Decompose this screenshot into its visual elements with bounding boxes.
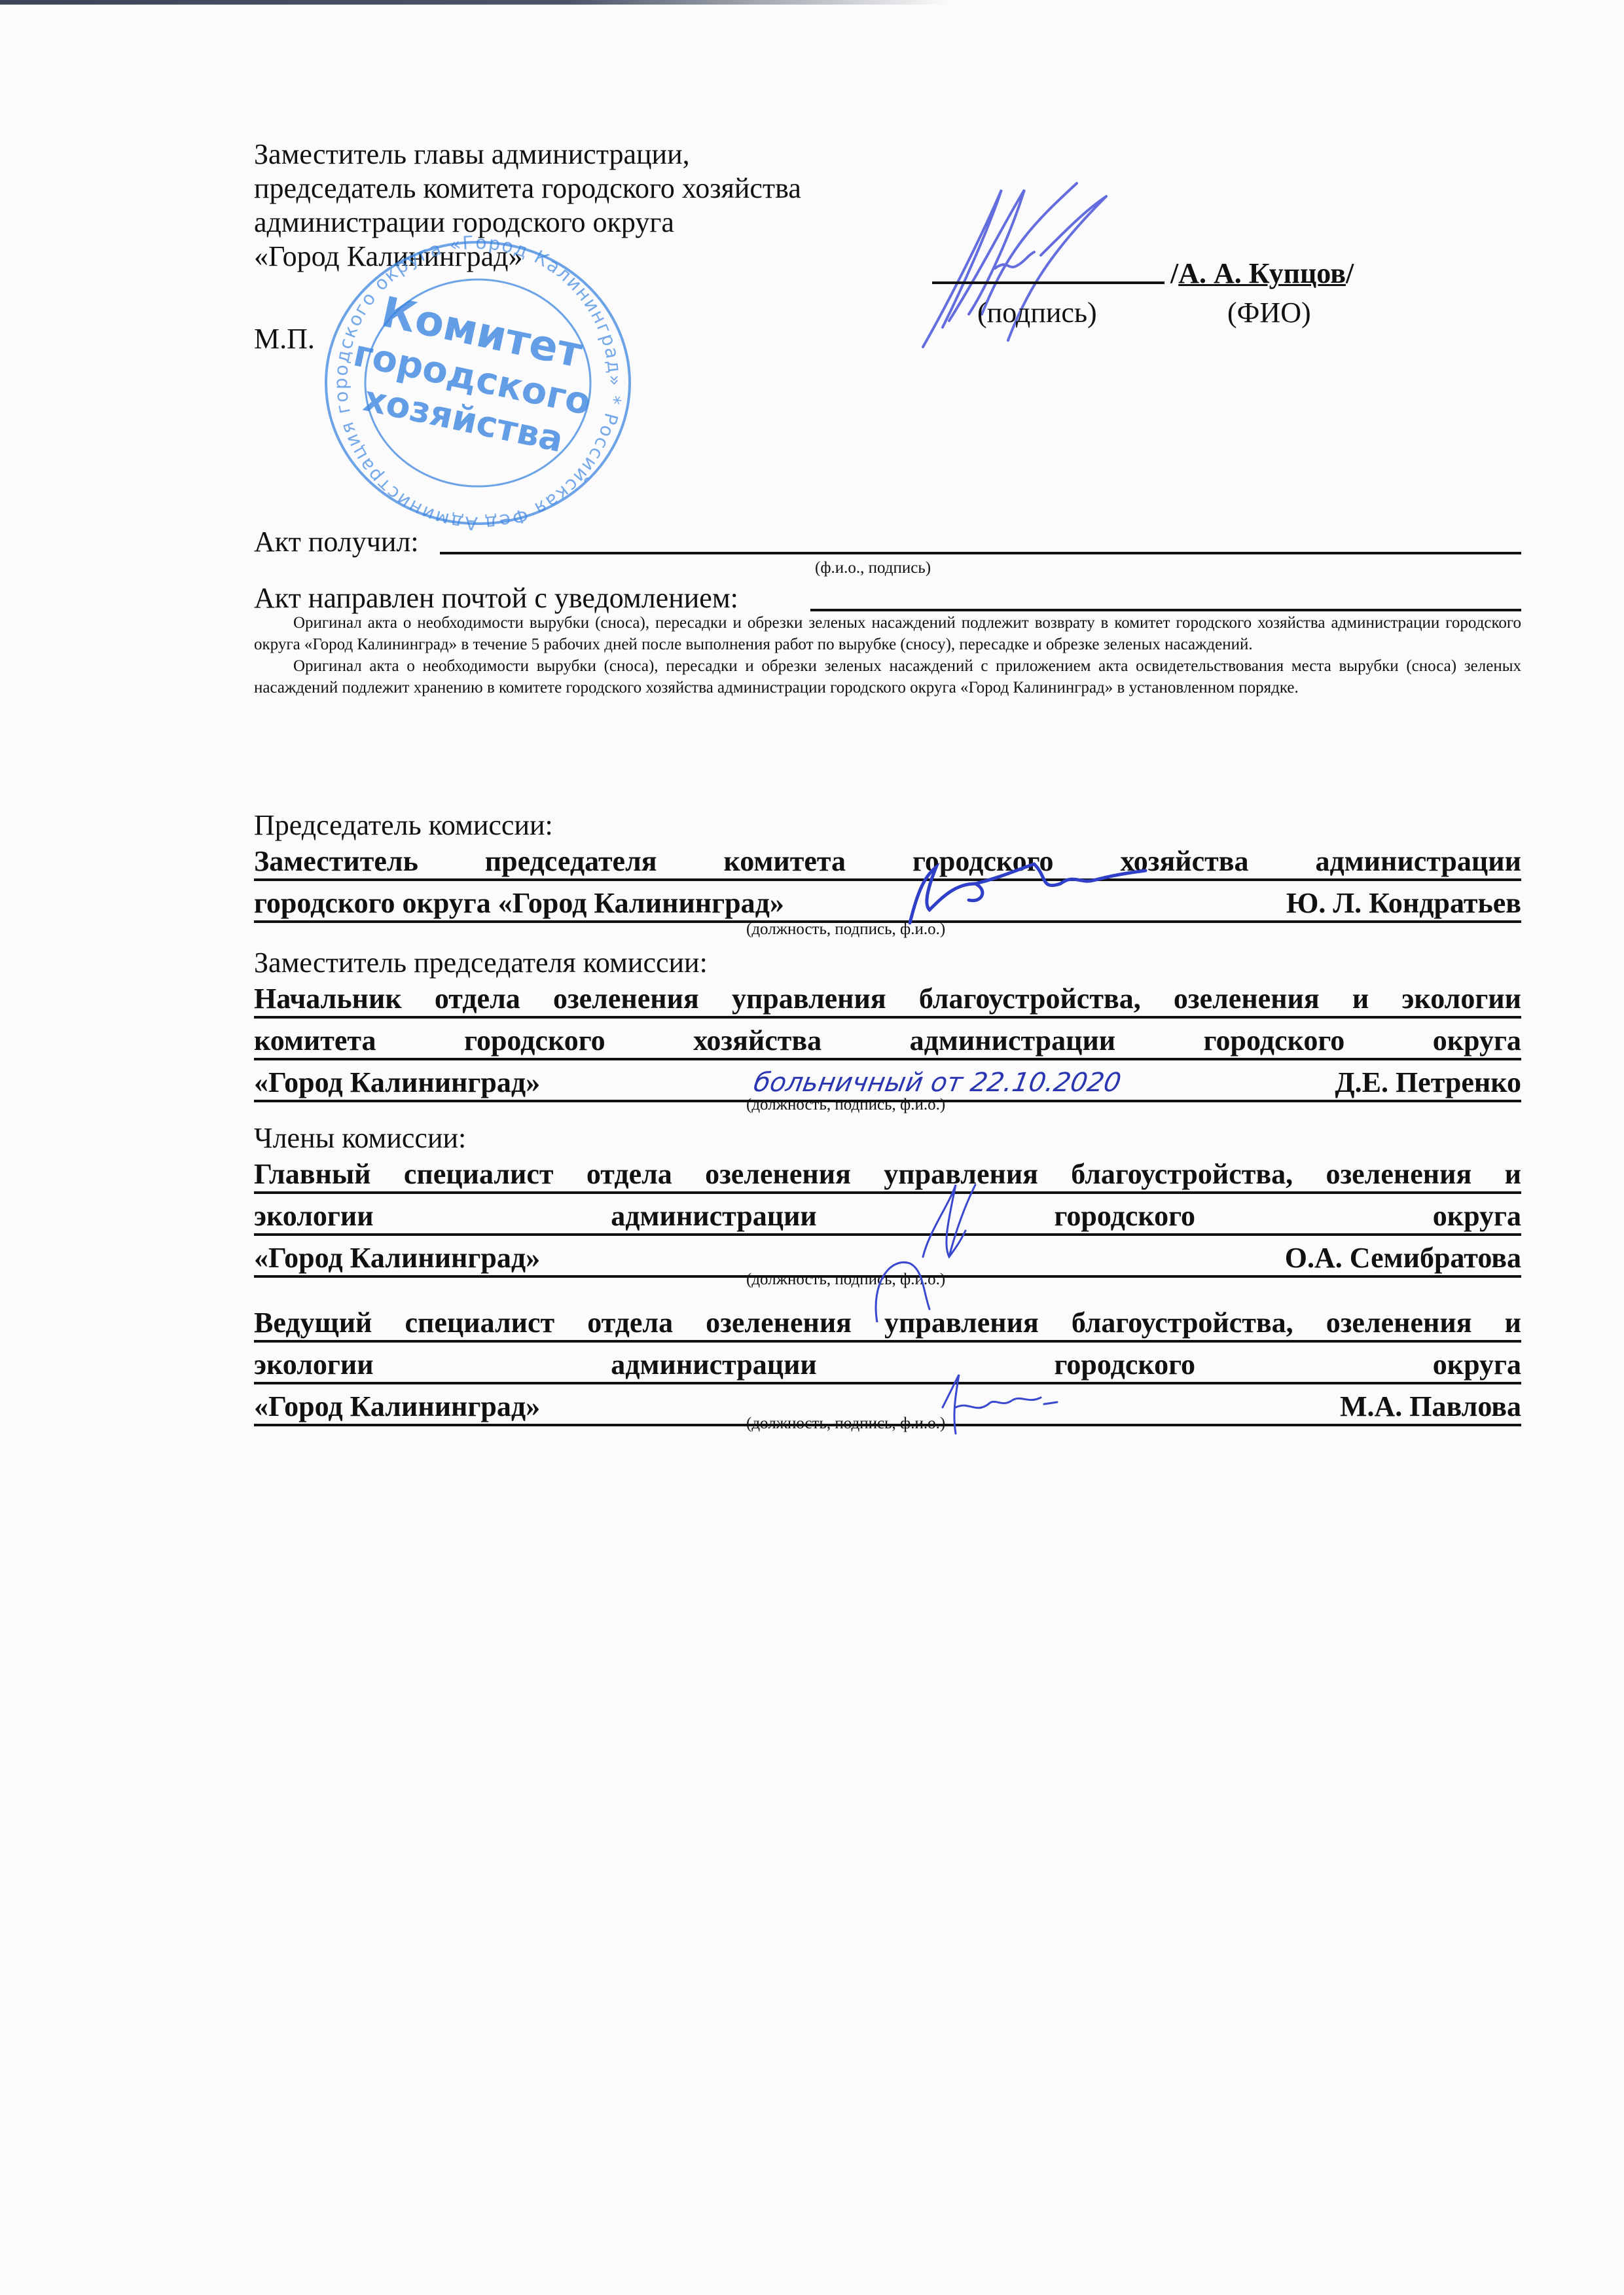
position-text: городского округа «Город Калининград» bbox=[254, 886, 784, 920]
position-line: экологииадминистрациигородскогоокруга bbox=[254, 1348, 1521, 1384]
mailed-field[interactable] bbox=[810, 609, 1521, 611]
member-block: Главныйспециалистотделаозелененияуправле… bbox=[254, 1157, 1521, 1283]
position-word: и bbox=[1352, 982, 1369, 1016]
position-word: комитета bbox=[254, 1024, 376, 1058]
note-paragraph: Оригинал акта о необходимости вырубки (с… bbox=[254, 655, 1521, 698]
position-line: экологииадминистрациигородскогоокруга bbox=[254, 1199, 1521, 1236]
note-paragraph: Оригинал акта о необходимости вырубки (с… bbox=[254, 612, 1521, 655]
chair-section-title: Председатель комиссии: bbox=[254, 808, 553, 842]
position-word: управления bbox=[732, 982, 886, 1016]
position-text: «Город Калининград» bbox=[254, 1390, 540, 1424]
position-word: озеленения bbox=[705, 1157, 851, 1191]
person-name: Д.Е. Петренко bbox=[1335, 1066, 1521, 1100]
position-word: председателя bbox=[485, 844, 657, 878]
position-word: экологии bbox=[1401, 982, 1521, 1016]
position-word: специалист bbox=[404, 1157, 554, 1191]
position-line: комитетагородскогохозяйстваадминистрации… bbox=[254, 1024, 1521, 1060]
position-word: экологии bbox=[254, 1199, 374, 1233]
position-word: специалист bbox=[405, 1306, 554, 1340]
position-word: городского bbox=[1055, 1199, 1196, 1233]
position-word: благоустройства, bbox=[1071, 1157, 1293, 1191]
position-word: администрации bbox=[1315, 844, 1521, 878]
position-word: Заместитель bbox=[254, 844, 418, 878]
position-word: администрации bbox=[611, 1199, 817, 1233]
signer-title-line: председатель комитета городского хозяйст… bbox=[254, 172, 801, 206]
signer-title-line: администрации городского округа bbox=[254, 206, 801, 240]
position-word: и bbox=[1505, 1306, 1521, 1340]
position-word: округа bbox=[1433, 1348, 1521, 1382]
official-stamp: Администрация городского округа «Город К… bbox=[308, 236, 648, 537]
position-word: озеленения bbox=[706, 1306, 852, 1340]
position-line: Заместительпредседателякомитетагородског… bbox=[254, 844, 1521, 881]
received-label: Акт получил: bbox=[254, 525, 419, 559]
position-word: Ведущий bbox=[254, 1306, 372, 1340]
position-word: Начальник bbox=[254, 982, 402, 1016]
position-word: благоустройства, bbox=[919, 982, 1141, 1016]
position-word: озеленения bbox=[553, 982, 699, 1016]
deputy-caption: (должность, подпись, ф.и.о.) bbox=[746, 1095, 945, 1115]
position-word: округа bbox=[1433, 1199, 1521, 1233]
position-word: благоустройства, bbox=[1072, 1306, 1293, 1340]
position-word: озеленения bbox=[1174, 982, 1320, 1016]
person-name: М.А. Павлова bbox=[1340, 1390, 1521, 1424]
position-word: администрации bbox=[611, 1348, 817, 1382]
position-word: экологии bbox=[254, 1348, 374, 1382]
position-word: комитета bbox=[724, 844, 846, 878]
position-line: Начальникотделаозелененияуправленияблаго… bbox=[254, 982, 1521, 1019]
position-line: Главныйспециалистотделаозелененияуправле… bbox=[254, 1157, 1521, 1194]
signer-name-text: А. А. Купцов bbox=[1178, 257, 1346, 289]
position-word: отдела bbox=[586, 1157, 672, 1191]
position-word: городского bbox=[912, 844, 1054, 878]
notes: Оригинал акта о необходимости вырубки (с… bbox=[254, 612, 1521, 698]
position-word: городского bbox=[464, 1024, 605, 1058]
position-word: городского bbox=[1204, 1024, 1345, 1058]
position-word: озеленения bbox=[1326, 1157, 1471, 1191]
position-line: Ведущийспециалистотделаозелененияуправле… bbox=[254, 1306, 1521, 1343]
position-word: управления bbox=[884, 1306, 1039, 1340]
position-word: управления bbox=[884, 1157, 1038, 1191]
deputy-block: Начальникотделаозелененияуправленияблаго… bbox=[254, 982, 1521, 1108]
position-text: «Город Калининград» bbox=[254, 1066, 540, 1100]
position-word: городского bbox=[1055, 1348, 1196, 1382]
name-caption: (ФИО) bbox=[1227, 296, 1311, 330]
signer-title-line: Заместитель главы администрации, bbox=[254, 137, 801, 172]
member-caption: (должность, подпись, ф.и.о.) bbox=[746, 1270, 945, 1290]
position-word: озеленения bbox=[1326, 1306, 1472, 1340]
member-caption: (должность, подпись, ф.и.о.) bbox=[746, 1414, 945, 1434]
mailed-label: Акт направлен почтой с уведомлением: bbox=[254, 581, 738, 615]
position-word: хозяйства bbox=[1120, 844, 1248, 878]
position-word: округа bbox=[1433, 1024, 1521, 1058]
chair-block: Заместительпредседателякомитетагородског… bbox=[254, 844, 1521, 928]
member-block: Ведущийспециалистотделаозелененияуправле… bbox=[254, 1306, 1521, 1432]
scan-edge bbox=[0, 0, 949, 5]
deputy-section-title: Заместитель председателя комиссии: bbox=[254, 946, 708, 980]
seal-label: М.П. bbox=[254, 322, 315, 356]
signature-caption: (подпись) bbox=[977, 296, 1097, 330]
position-line: городского округа «Город Калининград»Ю. … bbox=[254, 886, 1521, 923]
position-word: отдела bbox=[435, 982, 520, 1016]
position-word: администрации bbox=[910, 1024, 1116, 1058]
person-name: О.А. Семибратова bbox=[1285, 1241, 1521, 1275]
position-word: и bbox=[1505, 1157, 1521, 1191]
position-word: хозяйства bbox=[693, 1024, 821, 1058]
signature-line bbox=[932, 281, 1164, 284]
received-field[interactable] bbox=[440, 552, 1521, 554]
person-name: Ю. Л. Кондратьев bbox=[1286, 886, 1521, 920]
signer-name: /А. А. Купцов/ bbox=[1170, 257, 1354, 291]
position-word: отдела bbox=[587, 1306, 673, 1340]
position-word: Главный bbox=[254, 1157, 371, 1191]
members-section-title: Члены комиссии: bbox=[254, 1121, 466, 1155]
received-caption: (ф.и.о., подпись) bbox=[815, 558, 931, 578]
chair-caption: (должность, подпись, ф.и.о.) bbox=[746, 920, 945, 939]
position-text: «Город Калининград» bbox=[254, 1241, 540, 1275]
